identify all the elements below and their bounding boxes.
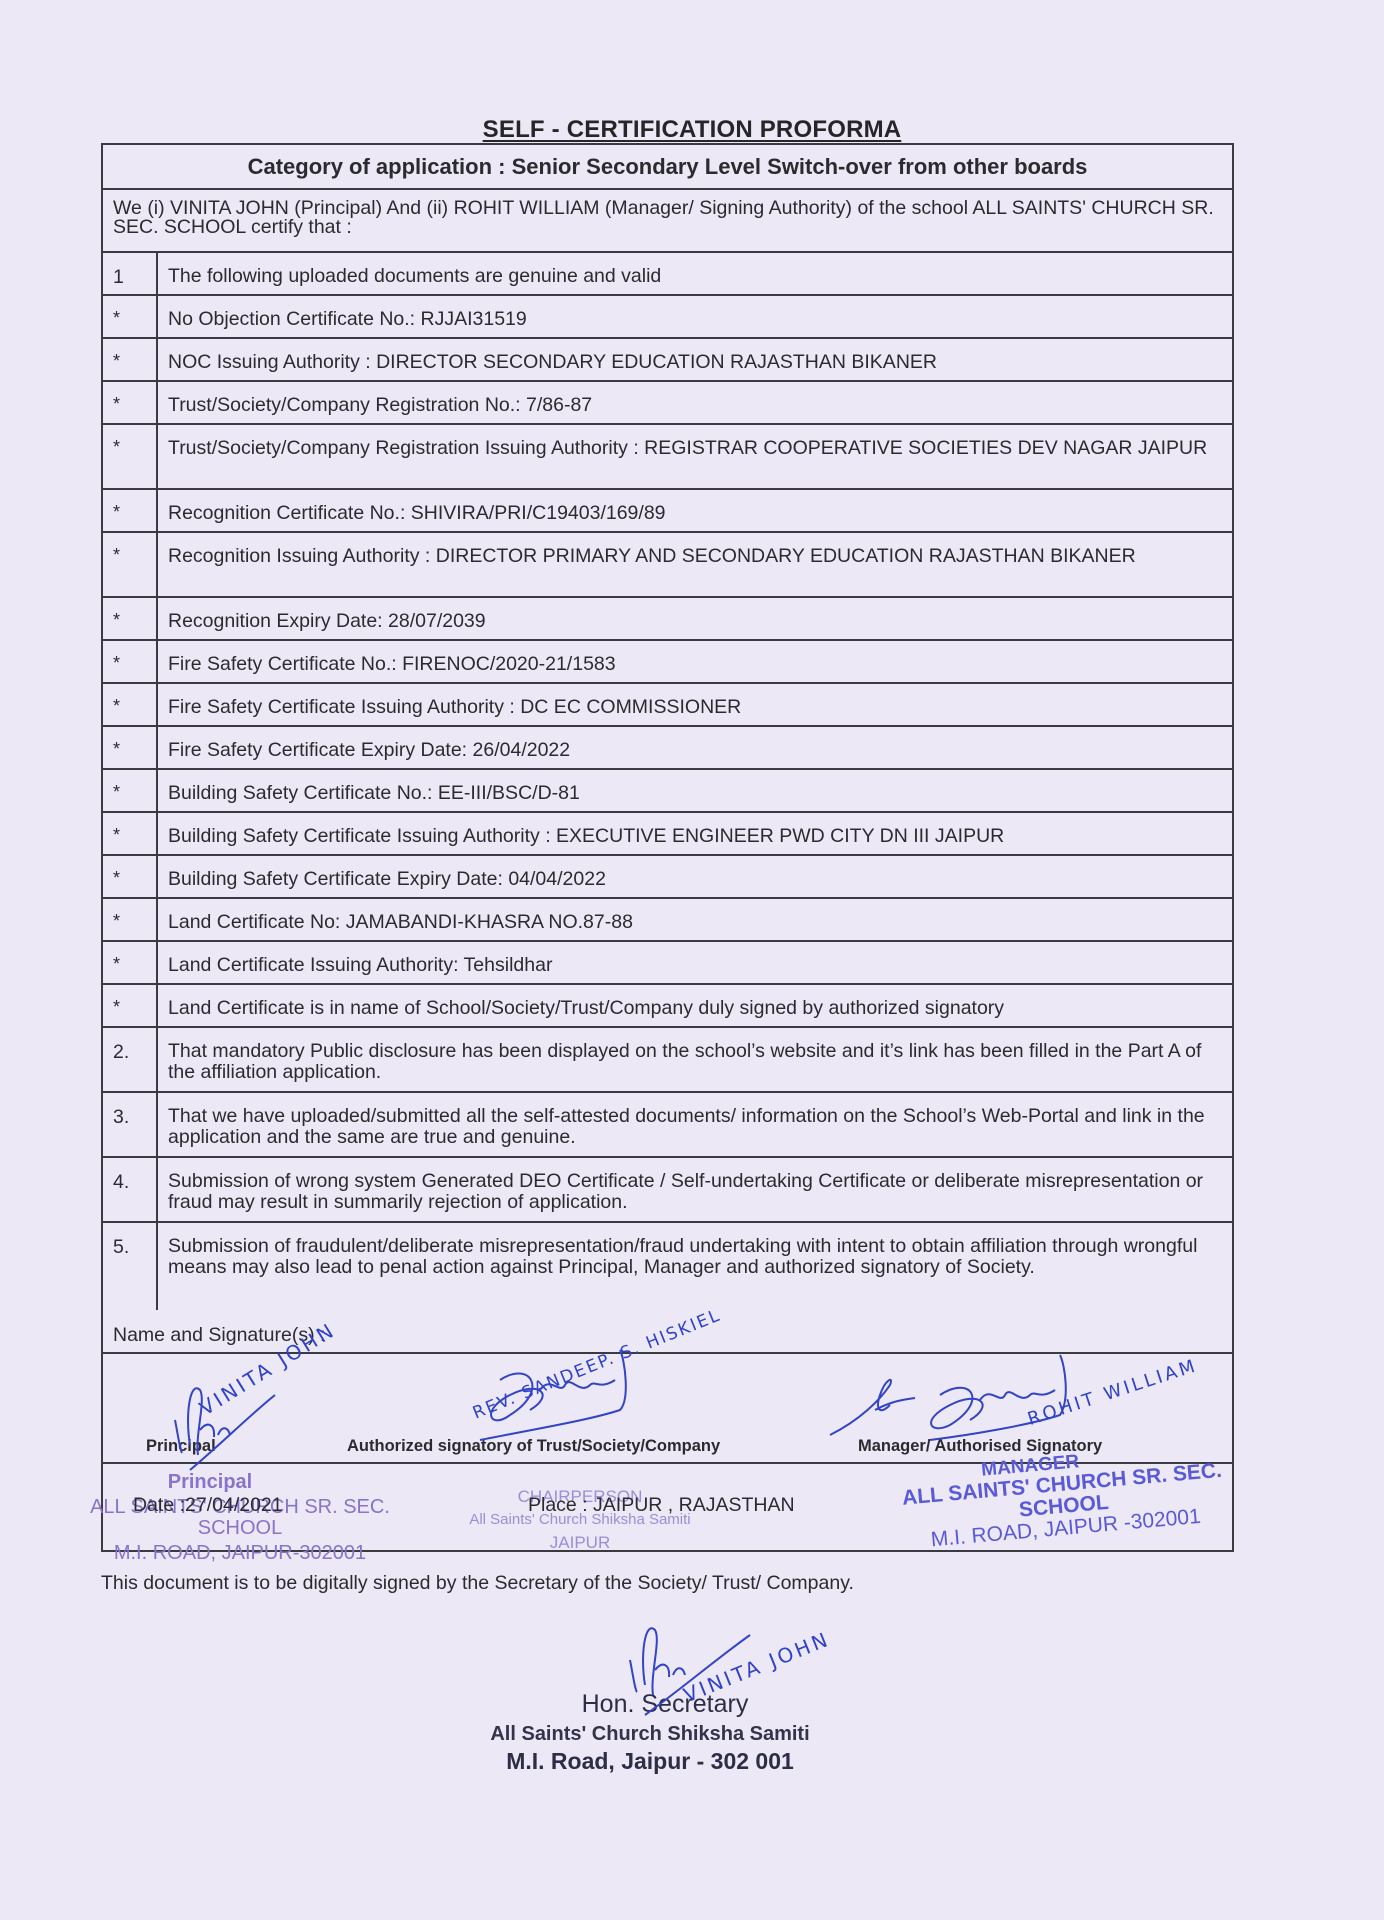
row-marker: * — [103, 942, 158, 983]
row-text: Land Certificate Issuing Authority: Tehs… — [158, 942, 1232, 983]
table-row: *Trust/Society/Company Registration Issu… — [103, 425, 1232, 490]
row-text: No Objection Certificate No.: RJJAI31519 — [158, 296, 1232, 337]
table-row: *Land Certificate is in name of School/S… — [103, 985, 1232, 1028]
secretary-org: All Saints' Church Shiksha Samiti — [450, 1723, 850, 1746]
table-row: *Fire Safety Certificate No.: FIRENOC/20… — [103, 641, 1232, 684]
row-marker: * — [103, 533, 158, 596]
row-text: Fire Safety Certificate Issuing Authorit… — [158, 684, 1232, 725]
row-marker: * — [103, 856, 158, 897]
row-marker: * — [103, 382, 158, 423]
row-text: NOC Issuing Authority : DIRECTOR SECONDA… — [158, 339, 1232, 380]
row-text: Trust/Society/Company Registration Issui… — [158, 425, 1232, 488]
table-row: *Land Certificate Issuing Authority: Teh… — [103, 942, 1232, 985]
principal-stamp-title: Principal — [0, 1472, 420, 1493]
table-row: *Land Certificate No: JAMABANDI-KHASRA N… — [103, 899, 1232, 942]
row-text: Trust/Society/Company Registration No.: … — [158, 382, 1232, 423]
table-row: *Building Safety Certificate Expiry Date… — [103, 856, 1232, 899]
table-row: 4.Submission of wrong system Generated D… — [103, 1158, 1232, 1223]
table-row: 5.Submission of fraudulent/deliberate mi… — [103, 1223, 1232, 1310]
row-marker: * — [103, 425, 158, 488]
intro-row: We (i) VINITA JOHN (Principal) And (ii) … — [103, 190, 1232, 253]
chairperson-stamp-line2: JAIPUR — [450, 1534, 710, 1552]
row-text: Building Safety Certificate No.: EE-III/… — [158, 770, 1232, 811]
row-marker: * — [103, 296, 158, 337]
row-marker: * — [103, 813, 158, 854]
table-row: *Trust/Society/Company Registration No.:… — [103, 382, 1232, 425]
principal-stamp-line2: M.I. ROAD, JAIPUR-302001 — [60, 1543, 420, 1564]
row-marker: * — [103, 490, 158, 531]
row-text: Recognition Expiry Date: 28/07/2039 — [158, 598, 1232, 639]
row-text: The following uploaded documents are gen… — [158, 253, 1232, 294]
principal-stamp: Principal ALL SAINTS' CHURCH SR. SEC. SC… — [60, 1472, 420, 1564]
page-title: SELF - CERTIFICATION PROFORMA — [0, 116, 1384, 144]
row-text: Land Certificate is in name of School/So… — [158, 985, 1232, 1026]
table-row: *Fire Safety Certificate Expiry Date: 26… — [103, 727, 1232, 770]
table-row: *Recognition Expiry Date: 28/07/2039 — [103, 598, 1232, 641]
date-text: Date :27/04/2021 — [133, 1494, 283, 1517]
table-row: 3.That we have uploaded/submitted all th… — [103, 1093, 1232, 1158]
authorized-signature-icon — [470, 1340, 640, 1450]
table-row: *NOC Issuing Authority : DIRECTOR SECOND… — [103, 339, 1232, 382]
table-row: 1The following uploaded documents are ge… — [103, 253, 1232, 296]
row-text: Fire Safety Certificate Expiry Date: 26/… — [158, 727, 1232, 768]
row-marker: * — [103, 339, 158, 380]
row-marker: 5. — [103, 1223, 158, 1310]
table-row: 2.That mandatory Public disclosure has b… — [103, 1028, 1232, 1093]
row-text: Land Certificate No: JAMABANDI-KHASRA NO… — [158, 899, 1232, 940]
row-marker: * — [103, 684, 158, 725]
items-list: 1The following uploaded documents are ge… — [103, 253, 1232, 1310]
row-text: Recognition Certificate No.: SHIVIRA/PRI… — [158, 490, 1232, 531]
table-row: *Fire Safety Certificate Issuing Authori… — [103, 684, 1232, 727]
row-marker: * — [103, 985, 158, 1026]
row-text: Fire Safety Certificate No.: FIRENOC/202… — [158, 641, 1232, 682]
row-text: That mandatory Public disclosure has bee… — [158, 1028, 1232, 1091]
row-text: Submission of wrong system Generated DEO… — [158, 1158, 1232, 1221]
table-row: *No Objection Certificate No.: RJJAI3151… — [103, 296, 1232, 339]
table-row: *Building Safety Certificate Issuing Aut… — [103, 813, 1232, 856]
row-text: Building Safety Certificate Expiry Date:… — [158, 856, 1232, 897]
row-marker: * — [103, 727, 158, 768]
category-row: Category of application : Senior Seconda… — [103, 145, 1232, 190]
manager-signature-icon — [820, 1340, 1100, 1450]
row-text: Submission of fraudulent/deliberate misr… — [158, 1223, 1232, 1310]
row-marker: 1 — [103, 253, 158, 294]
secretary-address: M.I. Road, Jaipur - 302 001 — [450, 1748, 850, 1775]
row-marker: * — [103, 770, 158, 811]
row-marker: * — [103, 899, 158, 940]
table-row: *Recognition Certificate No.: SHIVIRA/PR… — [103, 490, 1232, 533]
row-marker: 2. — [103, 1028, 158, 1091]
row-marker: * — [103, 598, 158, 639]
row-marker: 3. — [103, 1093, 158, 1156]
row-marker: 4. — [103, 1158, 158, 1221]
row-text: Building Safety Certificate Issuing Auth… — [158, 813, 1232, 854]
row-text: Recognition Issuing Authority : DIRECTOR… — [158, 533, 1232, 596]
principal-signature-icon — [170, 1375, 290, 1475]
place-text: Place : JAIPUR , RAJASTHAN — [528, 1494, 795, 1517]
row-text: That we have uploaded/submitted all the … — [158, 1093, 1232, 1156]
secretary-signature-icon — [625, 1610, 765, 1720]
row-marker: * — [103, 641, 158, 682]
footer-note: This document is to be digitally signed … — [101, 1572, 854, 1595]
table-row: *Building Safety Certificate No.: EE-III… — [103, 770, 1232, 813]
table-row: *Recognition Issuing Authority : DIRECTO… — [103, 533, 1232, 598]
